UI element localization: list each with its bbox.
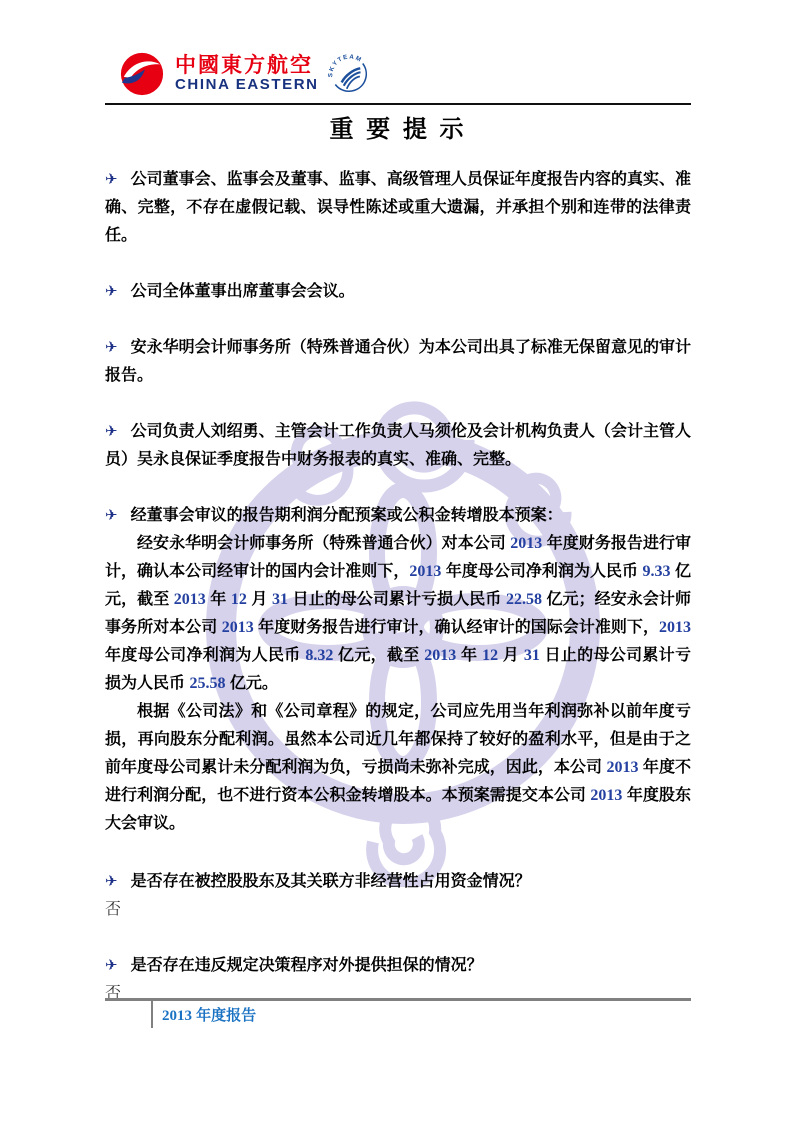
fund-occupation-answer: 否 [105,896,691,924]
airplane-bullet-icon: ✈ [105,171,118,188]
page-title: 重 要 提 示 [105,112,691,148]
page-content: 中國東方航空 CHINA EASTERN SKYTEAM [105,46,691,1008]
footer-report-label: 2013 年度报告 [162,1004,256,1025]
bullet-text: 公司全体董事出席董事会会议。 [131,283,355,300]
header-divider [105,103,691,105]
header-logo: 中國東方航空 CHINA EASTERN SKYTEAM [105,46,691,102]
bullet-item-profit-distribution-plan: ✈经董事会审议的报告期利润分配预案或公积金转增股本预案： [105,502,691,530]
bullet-item-financial-statement-guarantee: ✈公司负责人刘绍勇、主管会计工作负责人马须伦及会计机构负责人（会计主管人员）吴永… [105,418,691,474]
logo-english-name: CHINA EASTERN [175,77,319,93]
bullet-text: 是否存在违反规定决策程序对外提供担保的情况？ [131,957,483,974]
bullet-item-audit-opinion: ✈安永华明会计师事务所（特殊普通合伙）为本公司出具了标准无保留意见的审计报告。 [105,334,691,390]
audit-result-paragraph: 经安永华明会计师事务所（特殊普通合伙）对本公司 2013 年度财务报告进行审计，… [105,530,691,698]
skyteam-badge-icon: SKYTEAM [325,51,373,97]
bullet-item-board-guarantee: ✈公司董事会、监事会及董事、监事、高级管理人员保证年度报告内容的真实、准确、完整… [105,166,691,250]
bullet-item-guarantee-violation-question: ✈是否存在违反规定决策程序对外提供担保的情况？ [105,952,691,980]
bullet-item-directors-attendance: ✈公司全体董事出席董事会会议。 [105,278,691,306]
logo-wordmark: 中國東方航空 CHINA EASTERN [175,55,319,93]
report-page: 中國東方航空 CHINA EASTERN SKYTEAM [0,0,793,1122]
bullet-text: 经董事会审议的报告期利润分配预案或公积金转增股本预案： [131,507,563,524]
page-footer: 2013 年度报告 [105,998,691,1028]
bullet-text: 是否存在被控股股东及其关联方非经营性占用资金情况？ [131,873,531,890]
airplane-bullet-icon: ✈ [105,423,118,440]
airplane-bullet-icon: ✈ [105,873,118,890]
logo-chinese-name: 中國東方航空 [175,55,319,77]
airplane-bullet-icon: ✈ [105,957,118,974]
profit-distribution-paragraph: 根据《公司法》和《公司章程》的规定，公司应先用当年利润弥补以前年度亏损，再向股东… [105,698,691,838]
footer-divider: 2013 年度报告 [151,1001,691,1028]
bullet-text: 公司负责人刘绍勇、主管会计工作负责人马须伦及会计机构负责人（会计主管人员）吴永良… [105,423,691,468]
notice-body: ✈公司董事会、监事会及董事、监事、高级管理人员保证年度报告内容的真实、准确、完整… [105,166,691,1008]
bullet-text: 公司董事会、监事会及董事、监事、高级管理人员保证年度报告内容的真实、准确、完整，… [105,171,691,244]
bullet-text: 安永华明会计师事务所（特殊普通合伙）为本公司出具了标准无保留意见的审计报告。 [105,339,691,384]
airplane-bullet-icon: ✈ [105,339,118,356]
china-eastern-swallow-icon [117,51,167,97]
bullet-item-fund-occupation-question: ✈是否存在被控股股东及其关联方非经营性占用资金情况？ [105,868,691,896]
airplane-bullet-icon: ✈ [105,507,118,524]
airplane-bullet-icon: ✈ [105,283,118,300]
